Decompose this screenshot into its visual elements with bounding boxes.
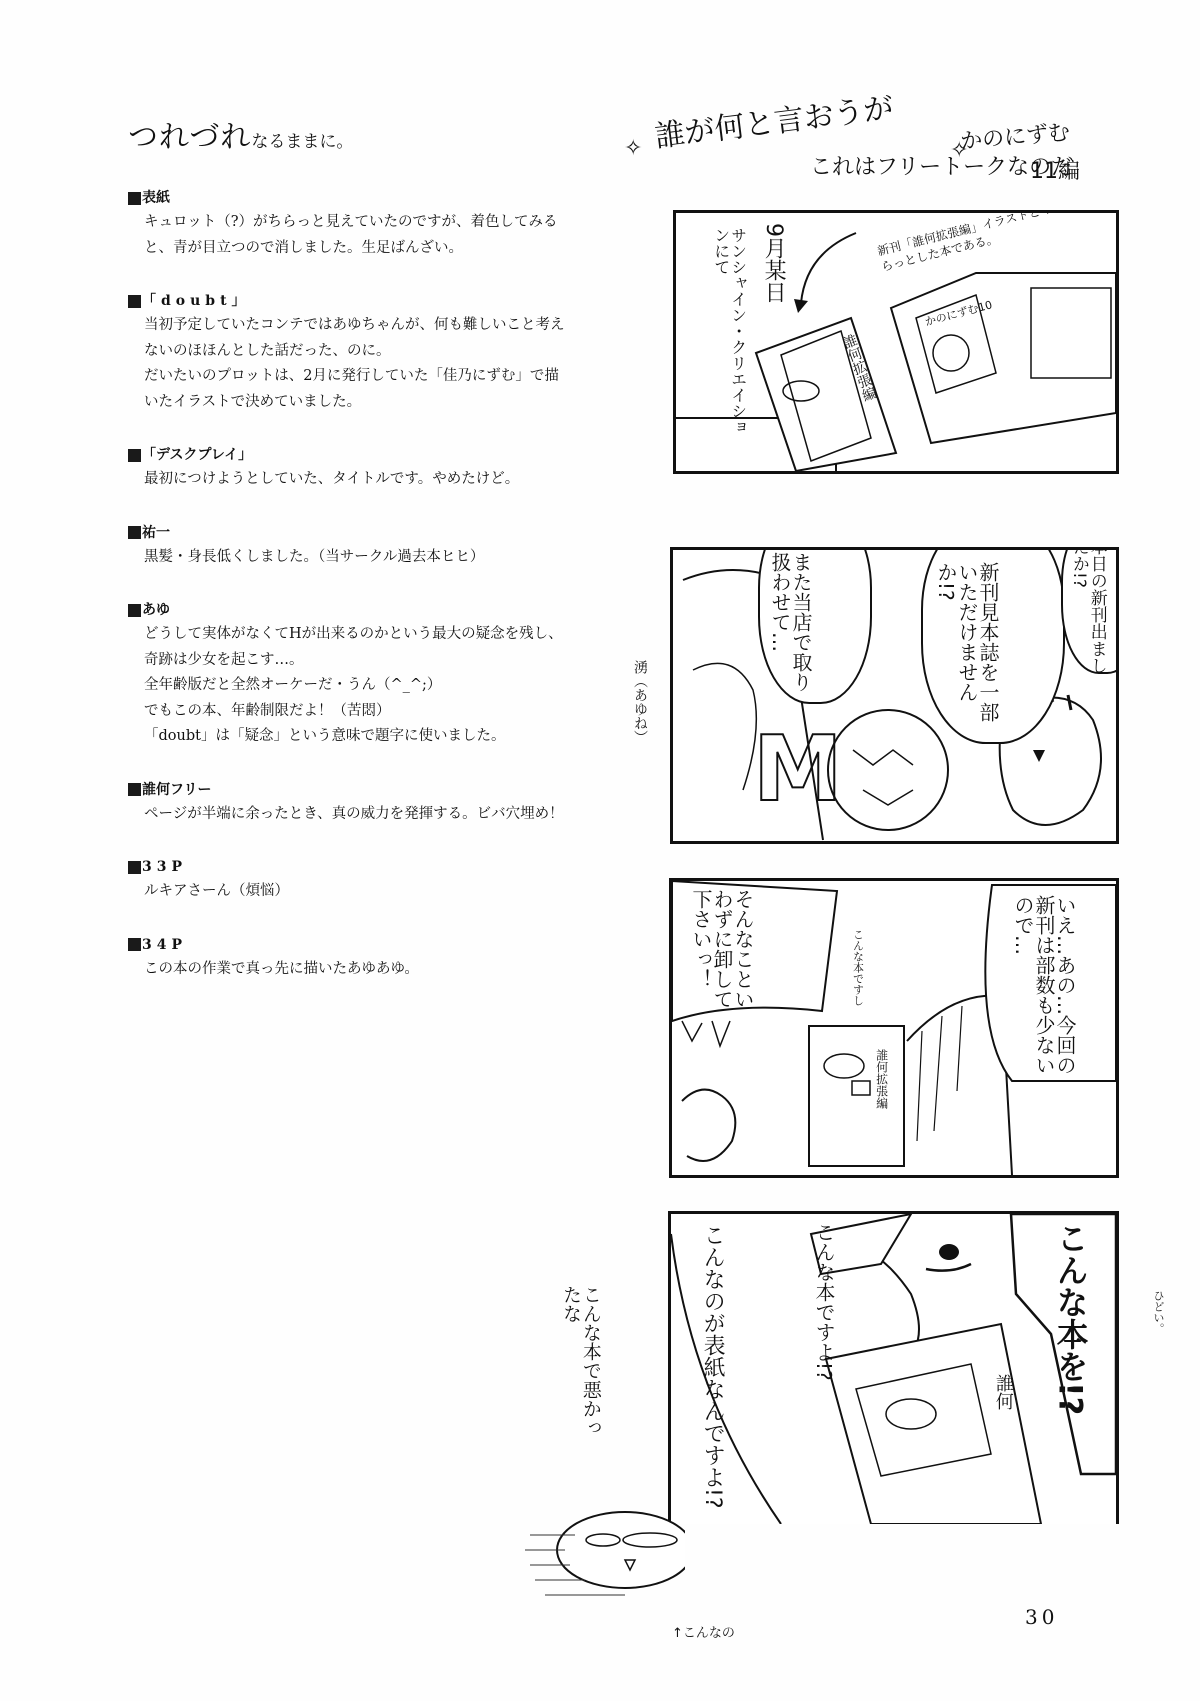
section-line: 黒髪・身長低くしました。（当サークル過去本ヒヒ） xyxy=(144,545,598,571)
note-section: 33P ルキアさーん（煩悩） xyxy=(128,855,598,905)
square-bullet-icon xyxy=(128,861,141,874)
note-section: 祐一 黒髪・身長低くしました。（当サークル過去本ヒヒ） xyxy=(128,521,598,571)
section-heading: 「デスクプレイ」 xyxy=(142,443,252,467)
clerk-request: 新刊見本誌を一部いただけませんか!? xyxy=(935,562,998,732)
section-line: ないのほほんとした話だった、のに。 xyxy=(144,339,598,365)
square-bullet-icon xyxy=(128,783,141,796)
book-stacks-drawing xyxy=(676,213,1116,471)
note-section: 表紙 キュロット（?）がちらっと見えていたのですが、着色してみる と、青が目立つ… xyxy=(128,186,598,261)
note-section: 誰何フリー ページが半端に余ったとき、真の威力を発揮する。ビバ穴埋め！ xyxy=(128,778,598,828)
square-bullet-icon xyxy=(128,526,141,539)
section-line: 「doubt」は「疑念」という意味で題字に使いました。 xyxy=(144,724,598,750)
apology-text: こんな本で悪かったな xyxy=(560,1285,600,1445)
author-reply: また当店で取り扱わせて… xyxy=(769,552,811,692)
notes-column: 表紙 キュロット（?）がちらっと見えていたのですが、着色してみる と、青が目立つ… xyxy=(128,186,598,1010)
page-number: 30 xyxy=(1025,1605,1058,1629)
cover-title: 誰何 xyxy=(993,1374,1012,1454)
title-big: つれづれ xyxy=(128,120,251,155)
square-bullet-icon xyxy=(128,938,141,951)
comic-panel-3: そんなこといわずに卸して下さいっ！ こんな本ですし 誰何拡張編 いえ…あの…今回… xyxy=(669,878,1119,1178)
section-heading: 33P xyxy=(142,855,187,879)
this-is-the-cover-text: こんなのが表紙なんですよ!? xyxy=(701,1224,724,1514)
section-line: ルキアさーん（煩悩） xyxy=(144,879,598,905)
square-bullet-icon xyxy=(128,604,141,617)
clerk-question: 本日の新刊出ましたか!? xyxy=(1069,547,1105,678)
section-line: 奇跡は少女を起こす…。 xyxy=(144,648,598,674)
comic-panel-4: こんな本を!? こんな本ですよ!? こんなのが表紙なんですよ!? 誰何 xyxy=(668,1211,1119,1524)
note-section: 「doubt」 当初予定していたコンテではあゆちゃんが、何も難しいこと考え ない… xyxy=(128,289,598,415)
note-section: 「デスクプレイ」 最初につけようとしていた、タイトルです。やめたけど。 xyxy=(128,443,598,493)
blob-mascot-drawing xyxy=(525,1495,685,1605)
panel-4-drawing xyxy=(671,1214,1116,1524)
section-line: と、青が目立つので消しました。生足ばんざい。 xyxy=(144,236,598,262)
section-heading: 34P xyxy=(142,933,187,957)
section-line: 最初につけようとしていた、タイトルです。やめたけど。 xyxy=(144,467,598,493)
sparkle-icon: ✧ xyxy=(624,136,642,161)
character-name-note: 湧（あゆね） xyxy=(630,660,650,744)
title-small: なるままに。 xyxy=(251,132,353,152)
section-line: この本の作業で真っ先に描いたあゆあゆ。 xyxy=(144,957,598,983)
cover-title: 誰何拡張編 xyxy=(875,1049,888,1159)
side-note: ひどい。 xyxy=(1150,1290,1166,1334)
sfx-M: M xyxy=(753,717,843,822)
section-heading: 表紙 xyxy=(142,186,170,210)
comic-heading: ✧ 誰が何と言おうが ✧ これはフリートークなのだ かのにずむ 11編 xyxy=(630,112,1100,192)
page-title: つれづれなるままに。 xyxy=(128,112,353,156)
section-line: どうして実体がなくてHが出来るのかという最大の疑念を残し、 xyxy=(144,622,598,648)
square-bullet-icon xyxy=(128,192,141,205)
section-line: 当初予定していたコンテではあゆちゃんが、何も難しいこと考え xyxy=(144,313,598,339)
section-line: 全年齢版だと全然オーケーだ・うん（^_^;） xyxy=(144,673,598,699)
episode-number: 11編 xyxy=(1030,154,1080,185)
section-heading: 誰何フリー xyxy=(142,778,211,802)
please-stock-text: そんなこといわずに卸して下さいっ！ xyxy=(690,889,753,1009)
comic-panel-1: 9月某日 サンシャイン・クリエイションにて 新刊「誰何拡張編」イラストとギャグの… xyxy=(673,210,1119,474)
caption-arrow: ↑こんなの xyxy=(672,1622,735,1641)
note-section: あゆ どうして実体がなくてHが出来るのかという最大の疑念を残し、 奇跡は少女を起… xyxy=(128,598,598,750)
section-line: ページが半端に余ったとき、真の威力を発揮する。ビバ穴埋め！ xyxy=(144,802,598,828)
section-heading: 「doubt」 xyxy=(142,289,251,313)
section-line: でもこの本、年齢制限だよ！（苦悶） xyxy=(144,699,598,725)
note-section: 34P この本の作業で真っ先に描いたあゆあゆ。 xyxy=(128,933,598,983)
square-bullet-icon xyxy=(128,449,141,462)
heading-line-1: 誰が何と言おうが xyxy=(652,83,896,156)
section-line: キュロット（?）がちらっと見えていたのですが、着色してみる xyxy=(144,210,598,236)
such-a-book-text: こんな本ですよ!? xyxy=(813,1222,834,1382)
comic-panel-2: M 新刊見本誌を一部いただけませんか!? 本日の新刊出ましたか!? また当店で取… xyxy=(670,547,1119,844)
shout-text: こんな本を!? xyxy=(1053,1222,1087,1472)
such-a-book-note: こんな本ですし xyxy=(852,929,864,1019)
square-bullet-icon xyxy=(128,295,141,308)
section-heading: 祐一 xyxy=(142,521,170,545)
section-line: だいたいのプロットは、2月に発行していた「佳乃にずむ」で描 xyxy=(144,364,598,390)
section-line: いたイラストで決めていました。 xyxy=(144,390,598,416)
manga-page: つれづれなるままに。 表紙 キュロット（?）がちらっと見えていたのですが、着色し… xyxy=(0,0,1200,1701)
section-heading: あゆ xyxy=(142,598,170,622)
author-excuse: いえ…あの…今回の新刊は部数も少ないので… xyxy=(1012,895,1075,1075)
